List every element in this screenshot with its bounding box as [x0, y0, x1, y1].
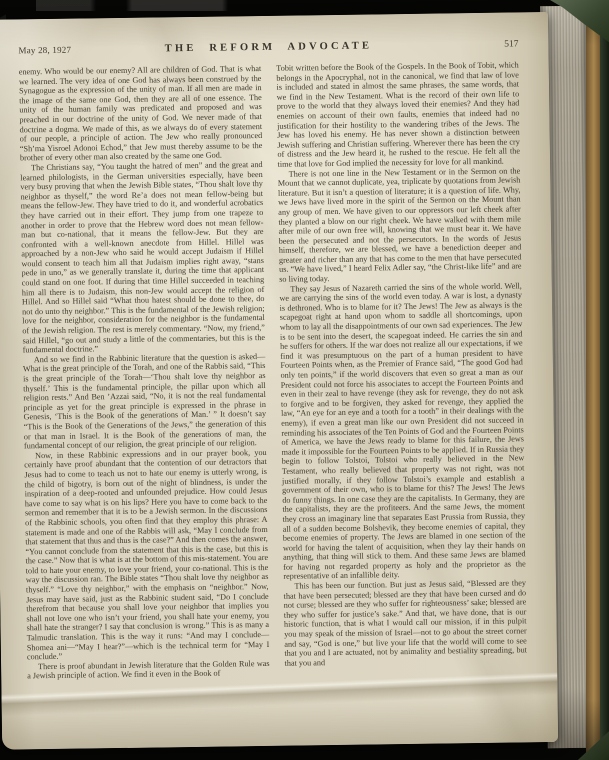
running-head: May 28, 1927 THE REFORM ADVOCATE 517 [18, 38, 518, 56]
paragraph: enemy. Who would be our enemy? All are c… [19, 64, 263, 163]
right-column: Tobit written before the Book of the Gos… [276, 60, 527, 677]
scan-artifact [36, 0, 336, 11]
book-scan: May 28, 1927 THE REFORM ADVOCATE 517 ene… [0, 0, 609, 760]
magazine-page: May 28, 1927 THE REFORM ADVOCATE 517 ene… [0, 12, 558, 750]
article-body: enemy. Who would be our enemy? All are c… [19, 60, 528, 681]
paragraph: And so we find in the Rabbinic literatur… [23, 352, 267, 451]
paragraph: Tobit written before the Book of the Gos… [276, 60, 520, 169]
left-column: enemy. Who would be our enemy? All are c… [19, 64, 270, 681]
issue-date: May 28, 1927 [18, 44, 130, 56]
paragraph: This has been our function. But just as … [283, 578, 527, 668]
masthead-title: THE REFORM ADVOCATE [130, 40, 406, 55]
page-number: 517 [406, 39, 518, 51]
paragraph: They say Jesus of Nazareth carried the s… [279, 281, 526, 582]
page-content: May 28, 1927 THE REFORM ADVOCATE 517 ene… [0, 12, 557, 682]
paragraph: The Christians say, “You taught the hatr… [20, 160, 265, 355]
paragraph: There is proof abundant in Jewish litera… [27, 659, 270, 682]
paragraph: Now, in these Rabbinic expressions and i… [24, 448, 269, 662]
paragraph: There is not one line in the New Testame… [278, 166, 522, 284]
book-cover-spine [600, 4, 609, 756]
